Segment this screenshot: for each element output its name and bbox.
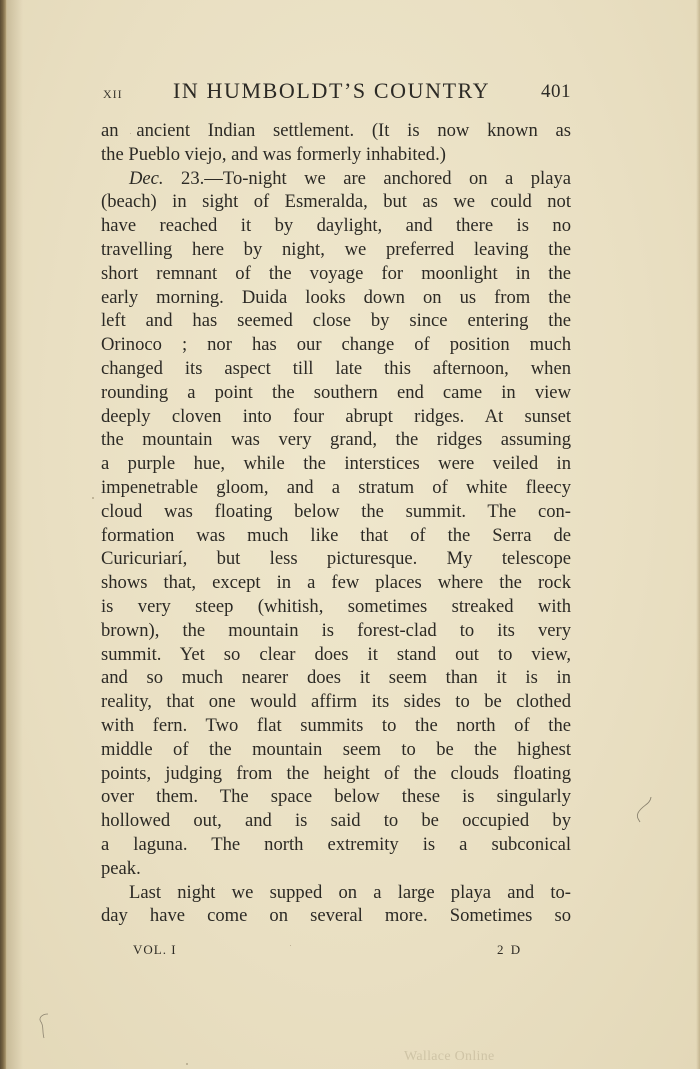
text-line: the Pueblo viejo, and was formerly inhab… <box>101 143 571 167</box>
text-line: is very steep (whitish, sometimes streak… <box>101 595 571 619</box>
text-line: rounding a point the southern end came i… <box>101 381 571 405</box>
date-label: Dec. <box>129 168 164 189</box>
text-line: hollowed out, and is said to be occupied… <box>101 809 571 833</box>
volume-signature: VOL. I <box>133 942 177 958</box>
stray-hair-mark <box>32 1012 52 1042</box>
text-line-dated-entry: Dec. 23.—To-night we are anchored on a p… <box>101 167 571 191</box>
text-line: reality, that one would affirm its sides… <box>101 690 571 714</box>
text-line: Curicuriarí, but less picturesque. My te… <box>101 547 571 571</box>
page-number: 401 <box>541 81 571 103</box>
text-line: travelling here by night, we preferred l… <box>101 238 571 262</box>
text-line: brown), the mountain is forest-clad to i… <box>101 619 571 643</box>
gathering-signature: 2 D <box>497 942 522 958</box>
text-line: the mountain was very grand, the ridges … <box>101 428 571 452</box>
text-line: points, judging from the height of the c… <box>101 762 571 786</box>
text-line: cloud was floating below the summit. The… <box>101 500 571 524</box>
text-fragment: 23.—To-night we are anchored on a playa <box>164 168 571 189</box>
text-line: day have come on several more. Sometimes… <box>101 904 571 928</box>
book-page: XII IN HUMBOLDT’S COUNTRY 401 an ancient… <box>0 0 700 1069</box>
text-line: (beach) in sight of Esmeralda, but as we… <box>101 190 571 214</box>
paper-speck <box>186 1063 188 1065</box>
text-line: short remnant of the voyage for moonligh… <box>101 262 571 286</box>
paper-speck <box>92 497 94 499</box>
page-footer: VOL. I 2 D <box>101 942 571 962</box>
text-line: formation was much like that of the Serr… <box>101 524 571 548</box>
text-line: left and has seemed close by since enter… <box>101 309 571 333</box>
text-line: deeply cloven into four abrupt ridges. A… <box>101 405 571 429</box>
chapter-number: XII <box>103 87 123 102</box>
text-line: early morning. Duida looks down on us fr… <box>101 286 571 310</box>
text-line: Last night we supped on a large playa an… <box>101 881 571 905</box>
text-line: peak. <box>101 857 571 881</box>
text-line: shows that, except in a few places where… <box>101 571 571 595</box>
text-line: over them. The space below these is sing… <box>101 785 571 809</box>
page-binding-edge <box>0 0 7 1069</box>
text-line: and so much nearer does it seem than it … <box>101 666 571 690</box>
text-line: have reached it by daylight, and there i… <box>101 214 571 238</box>
stray-hair-mark <box>634 795 654 825</box>
text-line: an ancient Indian settlement. (It is now… <box>101 119 571 143</box>
running-title: IN HUMBOLDT’S COUNTRY <box>173 78 490 104</box>
running-head: XII IN HUMBOLDT’S COUNTRY 401 <box>101 78 571 108</box>
text-line: a purple hue, while the interstices were… <box>101 452 571 476</box>
text-line: changed its aspect till late this aftern… <box>101 357 571 381</box>
text-line: impenetrable gloom, and a stratum of whi… <box>101 476 571 500</box>
paper-speck <box>130 133 131 134</box>
text-line: Orinoco ; nor has our change of position… <box>101 333 571 357</box>
binding-shadow <box>7 0 23 1069</box>
watermark: Wallace Online <box>404 1049 495 1065</box>
text-line: middle of the mountain seem to be the hi… <box>101 738 571 762</box>
text-line: with fern. Two flat summits to the north… <box>101 714 571 738</box>
page-right-edge <box>696 0 700 1069</box>
paper-speck <box>290 945 291 946</box>
text-line: a laguna. The north extremity is a subco… <box>101 833 571 857</box>
body-text: an ancient Indian settlement. (It is now… <box>101 119 571 928</box>
text-line: summit. Yet so clear does it stand out t… <box>101 643 571 667</box>
